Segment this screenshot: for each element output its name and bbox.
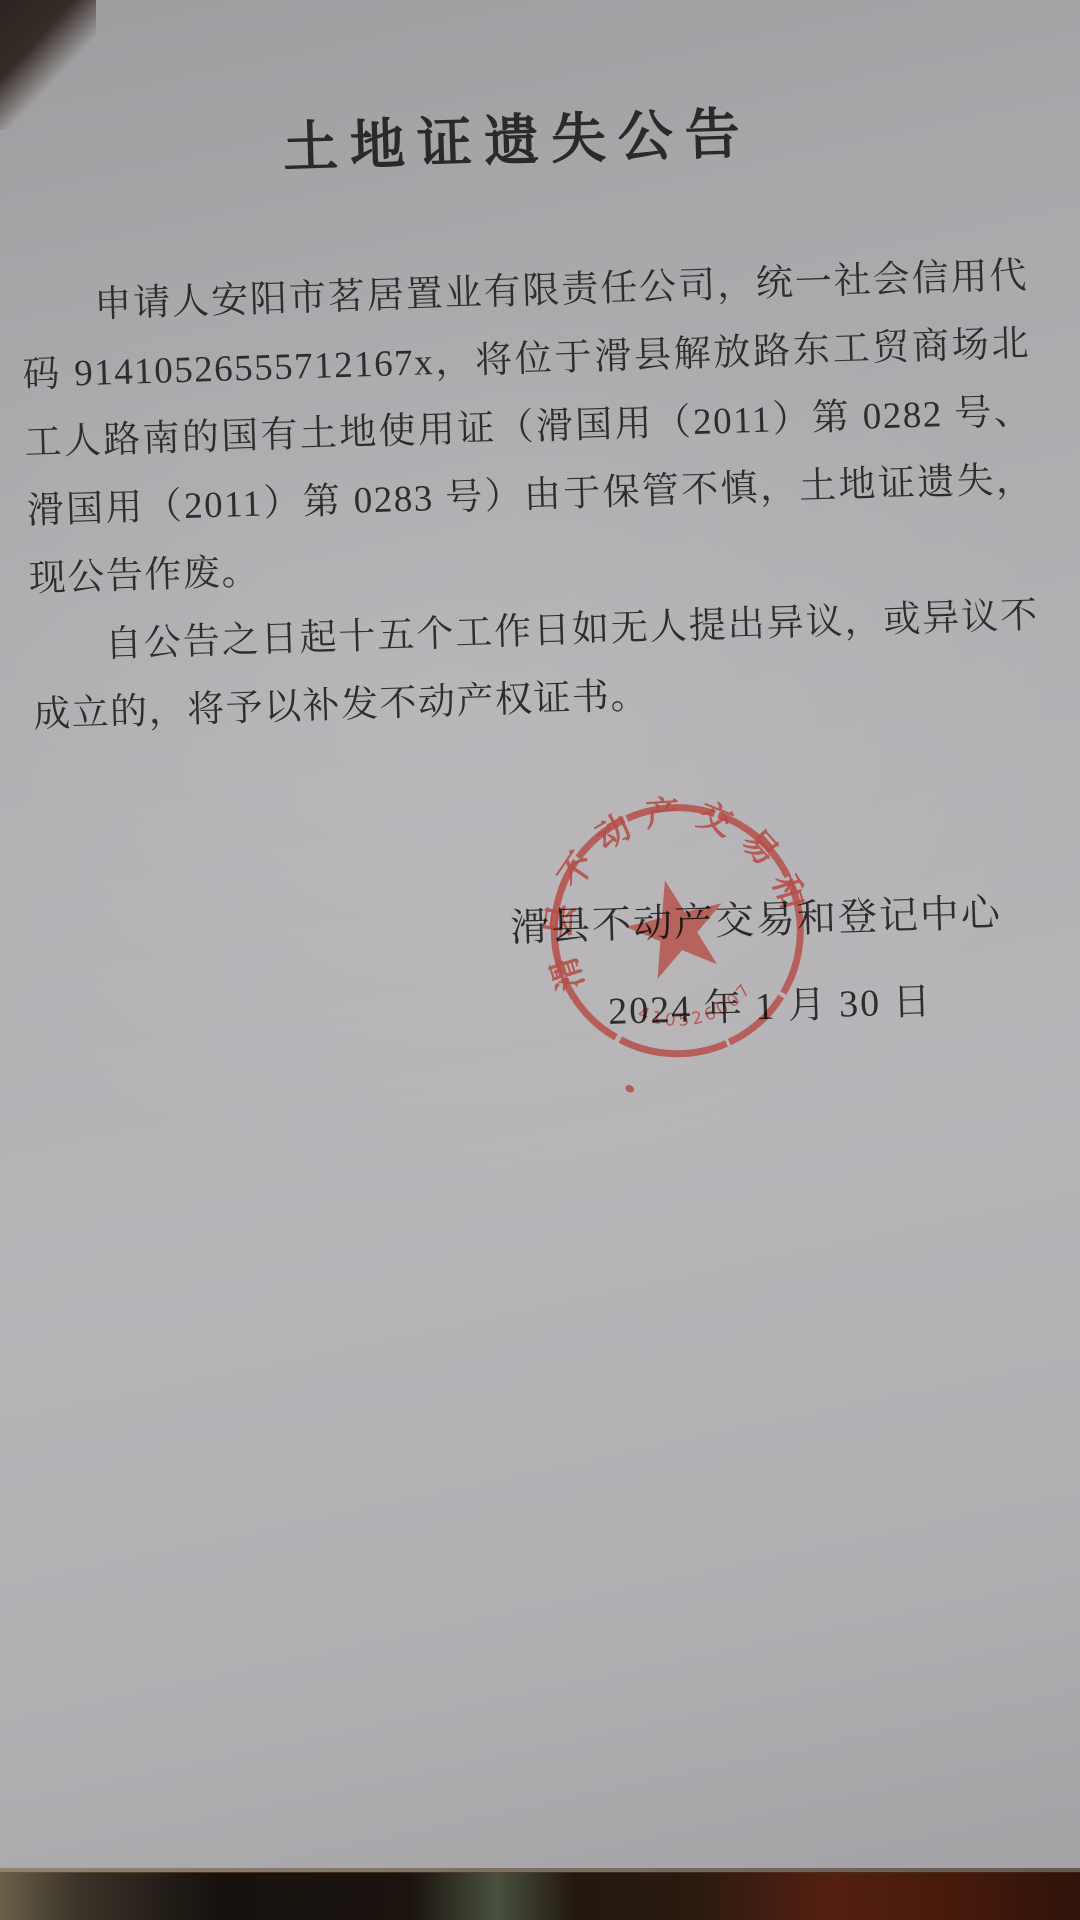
table-edge [0,1872,1080,1920]
seal-star-icon [617,868,736,983]
body-text: 申请人安阳市茗居置业有限责任公司，统一社会信用代码 91410526555712… [19,242,1041,749]
page-title: 土地证遗失公告 [0,79,1058,192]
document-content: 土地证遗失公告 申请人安阳市茗居置业有限责任公司，统一社会信用代码 914105… [0,0,1080,1891]
paper-sheet: 土地证遗失公告 申请人安阳市茗居置业有限责任公司，统一社会信用代码 914105… [0,0,1080,1875]
document-photo: 土地证遗失公告 申请人安阳市茗居置业有限责任公司，统一社会信用代码 914105… [0,0,1080,1920]
paragraph-1: 申请人安阳市茗居置业有限责任公司，统一社会信用代码 91410526555712… [19,242,1037,613]
official-seal-stamp: 滑县不动产交易和登记中心 4105260072832 [508,761,847,1100]
